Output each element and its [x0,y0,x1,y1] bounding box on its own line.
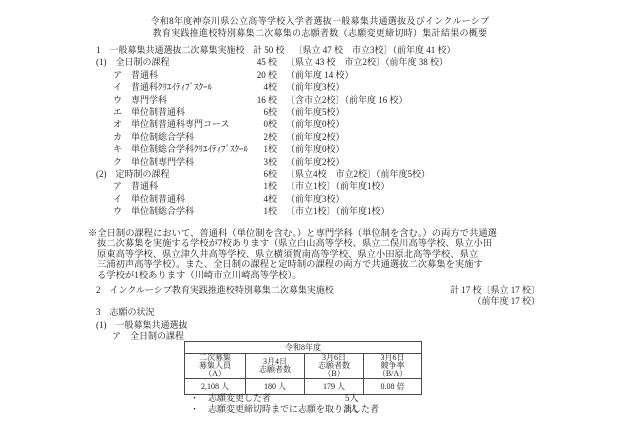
list-count: 4校 [253,193,277,205]
list-label: イ 普通科ｸﾘｴｲﾃｨﾌﾞｽｸｰﾙ [96,81,253,93]
section3-heading: 3 志願の状況 [96,307,155,318]
list-detail: （前年度0校） [286,143,345,155]
list-label: ア 普通科 [96,69,253,81]
table-col-header: 3月4日 志願者数 [246,354,305,379]
footnote: ※全日制の課程において、普通科（単位制を含む。）と専門学科（単位制を含む。）の両… [88,229,564,281]
list-detail: （前年度5校） [286,106,345,118]
list-item: ウ 単位制総合学科 1校 〔市立1校〕（前年度1校） [96,205,456,217]
section3-sub1: (1) 一般募集共通選抜 [96,320,188,331]
list-item: ア 普通科 1校 〔市立1校〕（前年度1校） [96,180,456,192]
list-detail: （前年度3校） [286,81,345,93]
footnote-line: 三浦初声高等学校）。また、全日制の課程と定時制の課程の両方で共通選抜二次募集を実… [88,260,564,270]
section1-list: 1 一般募集共通選抜二次募集実施校 計 50 校 〔県立 47 校 市立3校〕（… [96,44,456,217]
list-label: (2) 定時制の課程 [96,168,253,180]
section2-count: 計 17 校〔県立 17 校〕 [450,285,540,296]
list-label: ウ 単位制総合学科 [96,205,253,217]
post-table-note: ・ 志願変更した者 5人 [190,393,359,404]
list-detail: （前年度2校） [286,156,345,168]
section2-prev-year: （前年度 17 校） [472,296,540,307]
list-detail: （前年度2校） [286,131,345,143]
footnote-line: 抜二次募集を実施する学校が7校あります（県立白山高等学校、県立二俣川高等学校、県… [88,239,564,249]
list-count: 計 50 校 [253,44,285,56]
list-count: 3校 [253,156,277,168]
list-label: カ 単位制総合学科 [96,131,253,143]
list-item: イ 普通科ｸﾘｴｲﾃｨﾌﾞｽｸｰﾙ 4校 （前年度3校） [96,81,456,93]
list-count: 20 校 [253,69,277,81]
list-item: (2) 定時制の課程 6校 〔県立4校 市立2校〕（前年度5校） [96,168,456,180]
list-label: イ 単位制普通科 [96,193,253,205]
list-item: エ 単位制普通科 6校 （前年度5校） [96,106,456,118]
note-value: 5人 [345,393,359,404]
list-detail: 〔市立1校〕（前年度1校） [286,205,390,217]
post-table-notes: ・ 志願変更した者 5人 ・ 志願変更締切時までに志願を取り消した者 3人 [190,393,359,415]
footnote-line: 原東高等学校、県立津久井高等学校、県立横須賀南高等学校、県立小田原北高等学校、県… [88,250,564,260]
section2-label: 2 インクルーシブ教育実践推進校特別募集二次募集実施校 [96,285,334,295]
list-detail: 〔含市立2校〕（前年度 16 校） [286,94,408,106]
note-label: ・ 志願変更した者 [190,393,345,404]
list-count: 2校 [253,131,277,143]
note-value: 3人 [345,404,359,415]
list-detail: （前年度0校） [286,118,345,130]
list-item: ア 普通科 20 校 （前年度 14 校） [96,69,456,81]
list-label: ク 単位制専門学科 [96,156,253,168]
list-label: オ 単位制普通科専門コース [96,118,253,130]
section2-heading: 2 インクルーシブ教育実践推進校特別募集二次募集実施校 計 17 校〔県立 17… [96,285,540,296]
list-label: (1) 全日制の課程 [96,56,253,68]
list-count: 16 校 [253,94,277,106]
post-table-note: ・ 志願変更締切時までに志願を取り消した者 3人 [190,404,359,415]
list-count: 45 校 [253,56,277,68]
list-label: 1 一般募集共通選抜二次募集実施校 [96,44,253,56]
list-detail: 〔市立1校〕（前年度1校） [286,180,390,192]
list-count: 1校 [253,205,277,217]
table-col-header: 3月6日 志願者数 （B） [305,354,364,379]
footnote-line: ※全日制の課程において、普通科（単位制を含む。）と専門学科（単位制を含む。）の両… [88,229,564,239]
list-detail: 〔県立 47 校 市立3校〕（前年度 41 校） [294,44,456,56]
footnote-line: る学校が1校あります（川崎市立川崎高等学校）。 [88,271,564,281]
list-item: ウ 専門学科 16 校 〔含市立2校〕（前年度 16 校） [96,94,456,106]
list-detail: （前年度 14 校） [286,69,354,81]
list-item: (1) 全日制の課程 45 校 〔県立 43 校 市立2校〕（前年度 38 校） [96,56,456,68]
note-label: ・ 志願変更締切時までに志願を取り消した者 [190,404,345,415]
table-era-header: 令和8年度 [185,342,422,354]
title-line-1: 令和8年度神奈川県公立高等学校入学者選抜一般募集共通選抜及びインクルーシブ [0,15,640,27]
list-detail: （前年度3校） [286,193,345,205]
list-item: キ 単位制総合学科ｸﾘｴｲﾃｨﾌﾞｽｸｰﾙ 1校 （前年度0校） [96,143,456,155]
section3-sub2: ア 全日制の課程 [112,331,184,342]
list-label: エ 単位制普通科 [96,106,253,118]
list-count: 1校 [253,143,277,155]
title-line-2: 教育実践推進校特別募集二次募集の志願者数（志願変更締切時）集計結果の概要 [0,27,640,39]
list-item: イ 単位制普通科 4校 （前年度3校） [96,193,456,205]
list-count: 0校 [253,118,277,130]
section1-heading: 1 一般募集共通選抜二次募集実施校 計 50 校 〔県立 47 校 市立3校〕（… [96,44,456,56]
list-item: ク 単位制専門学科 3校 （前年度2校） [96,156,456,168]
list-count: 6校 [253,168,277,180]
list-item: オ 単位制普通科専門コース 0校 （前年度0校） [96,118,456,130]
list-label: キ 単位制総合学科ｸﾘｴｲﾃｨﾌﾞｽｸｰﾙ [96,143,253,155]
list-label: ウ 専門学科 [96,94,253,106]
table-cell-ratio: 0.08 倍 [364,379,422,395]
list-count: 4校 [253,81,277,93]
document-title: 令和8年度神奈川県公立高等学校入学者選抜一般募集共通選抜及びインクルーシブ 教育… [0,15,640,39]
list-count: 6校 [253,106,277,118]
list-detail: 〔県立 43 校 市立2校〕（前年度 38 校） [286,56,448,68]
document-page: 令和8年度神奈川県公立高等学校入学者選抜一般募集共通選抜及びインクルーシブ 教育… [0,0,640,426]
table-col-header: 二次募集 募集人員 （A） [185,354,246,379]
table-col-header: 3月6日 競争率 （B/A） [364,354,422,379]
list-count: 1校 [253,180,277,192]
applicant-count-table: 令和8年度 二次募集 募集人員 （A） 3月4日 志願者数 3月6日 志願者数 … [184,341,422,395]
list-item: カ 単位制総合学科 2校 （前年度2校） [96,131,456,143]
list-label: ア 普通科 [96,180,253,192]
list-detail: 〔県立4校 市立2校〕（前年度5校） [286,168,430,180]
